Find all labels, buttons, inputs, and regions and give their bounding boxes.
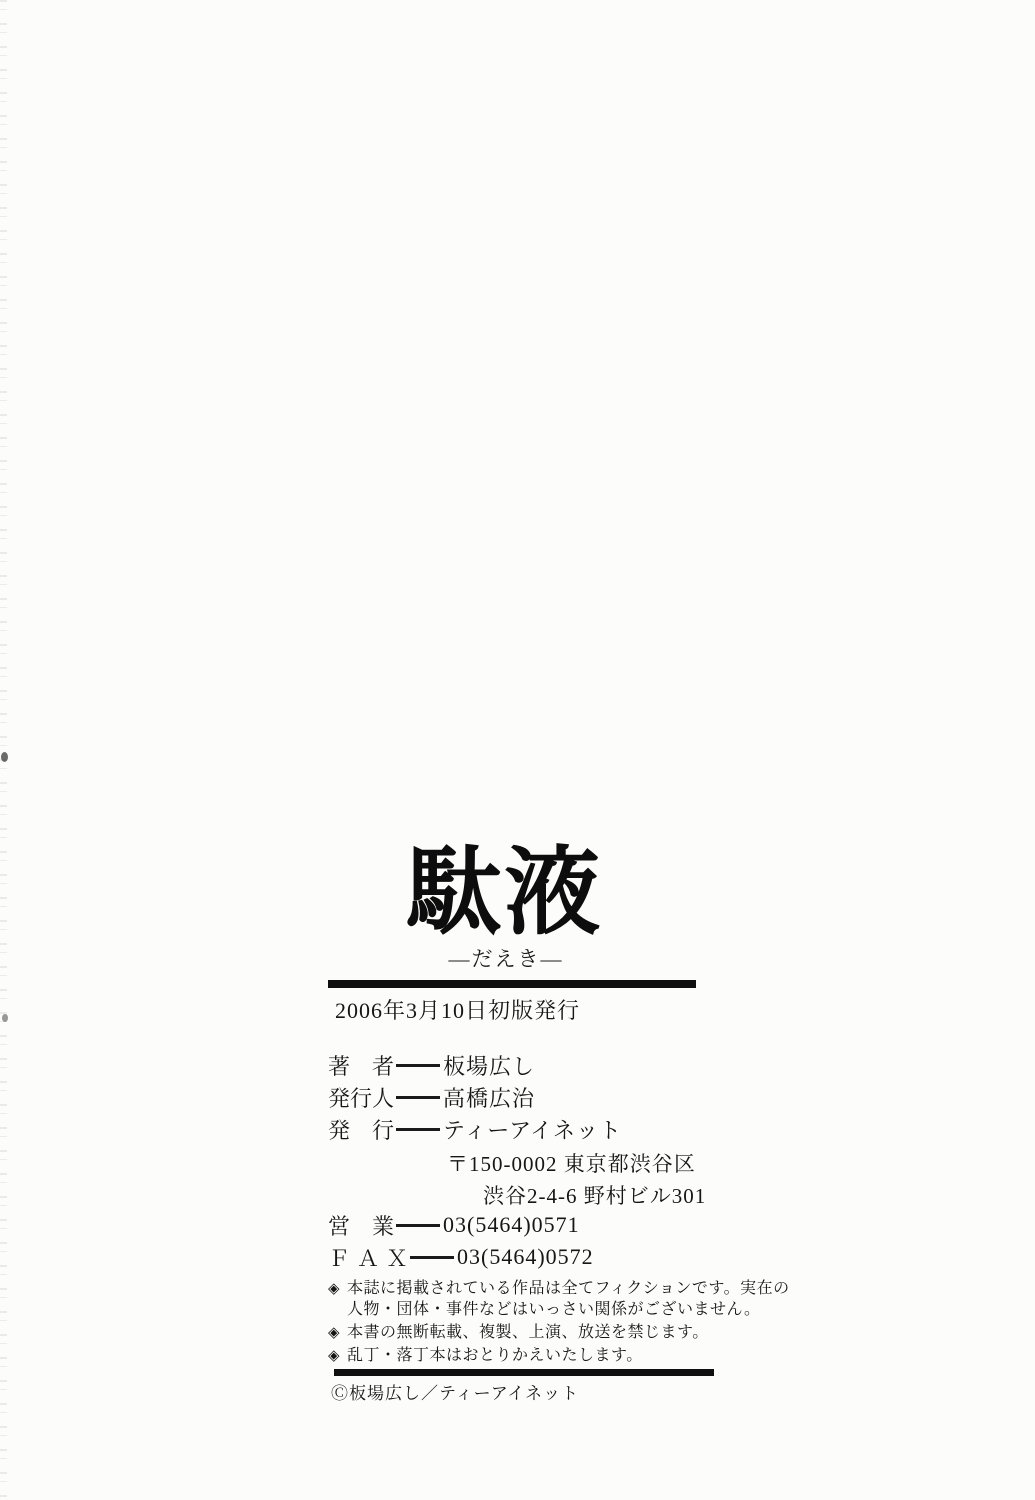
- colophon-page: 駄液 ―だえき― 2006年3月10日初版発行 著者 板場広し 発行人 高橋広治…: [0, 0, 1035, 1500]
- note-text: 本誌に掲載されている作品は全てフィクションです。実在の 人物・団体・事件などはい…: [347, 1278, 790, 1320]
- note-line: 人物・団体・事件などはいっさい関係がございません。: [347, 1299, 790, 1320]
- divider-top: [328, 980, 696, 988]
- note-text: 本書の無断転載、複製、上演、放送を禁じます。: [347, 1322, 709, 1343]
- publisher-label: 発行: [328, 1114, 394, 1145]
- copyright-line: Ⓒ板場広し／ティーアイネット: [328, 1383, 712, 1405]
- publisher-address-line-2: 渋谷2-4-6 野村ビル301: [328, 1180, 712, 1206]
- sales-phone-label: 営業: [328, 1210, 394, 1241]
- scan-noise-dot: [2, 1014, 8, 1022]
- scan-noise-edge: [0, 0, 7, 1500]
- dash-connector: [396, 1064, 440, 1067]
- edition-line: 2006年3月10日初版発行: [328, 998, 712, 1024]
- author-label: 著者: [328, 1050, 394, 1081]
- book-subtitle: ―だえき―: [322, 948, 690, 971]
- note-line: 本誌に掲載されている作品は全てフィクションです。実在の: [347, 1278, 790, 1299]
- publisher-address-line-1: 〒150-0002 東京都渋谷区: [328, 1148, 712, 1174]
- publisher-row: 発行 ティーアイネット: [328, 1116, 712, 1142]
- fax-row: ＦＡＸ 03(5464)0572: [328, 1244, 712, 1270]
- sales-phone-row: 営業 03(5464)0571: [328, 1212, 712, 1238]
- diamond-bullet-icon: ◈: [328, 1278, 347, 1299]
- note-fiction-disclaimer: ◈ 本誌に掲載されている作品は全てフィクションです。実在の 人物・団体・事件など…: [328, 1278, 712, 1320]
- fax-label: ＦＡＸ: [328, 1242, 408, 1273]
- author-row: 著者 板場広し: [328, 1052, 712, 1078]
- publisher-person-label: 発行人: [328, 1082, 394, 1113]
- divider-bottom: [334, 1369, 714, 1376]
- diamond-bullet-icon: ◈: [328, 1345, 347, 1366]
- note-no-reproduction: ◈ 本書の無断転載、複製、上演、放送を禁じます。: [328, 1322, 712, 1343]
- dash-connector: [396, 1128, 440, 1131]
- scan-noise-dot: [1, 752, 8, 762]
- publisher-value: ティーアイネット: [443, 1114, 622, 1145]
- dash-connector: [396, 1224, 440, 1227]
- publisher-person-value: 高橋広治: [443, 1082, 535, 1113]
- diamond-bullet-icon: ◈: [328, 1322, 347, 1343]
- legal-notes: ◈ 本誌に掲載されている作品は全てフィクションです。実在の 人物・団体・事件など…: [328, 1278, 712, 1366]
- dash-connector: [396, 1096, 440, 1099]
- publication-info: 著者 板場広し 発行人 高橋広治 発行 ティーアイネット 〒150-0002 東…: [328, 1052, 712, 1270]
- sales-phone-value: 03(5464)0571: [443, 1212, 580, 1238]
- note-line: 本書の無断転載、複製、上演、放送を禁じます。: [347, 1322, 709, 1343]
- colophon-block: 駄液 ―だえき― 2006年3月10日初版発行 著者 板場広し 発行人 高橋広治…: [328, 843, 712, 1405]
- note-defective-copies: ◈ 乱丁・落丁本はおとりかえいたします。: [328, 1345, 712, 1366]
- dash-connector: [410, 1256, 454, 1259]
- publisher-person-row: 発行人 高橋広治: [328, 1084, 712, 1110]
- note-line: 乱丁・落丁本はおとりかえいたします。: [347, 1345, 643, 1366]
- book-title: 駄液: [320, 843, 688, 943]
- author-value: 板場広し: [443, 1050, 535, 1081]
- fax-value: 03(5464)0572: [457, 1244, 594, 1270]
- note-text: 乱丁・落丁本はおとりかえいたします。: [347, 1345, 643, 1366]
